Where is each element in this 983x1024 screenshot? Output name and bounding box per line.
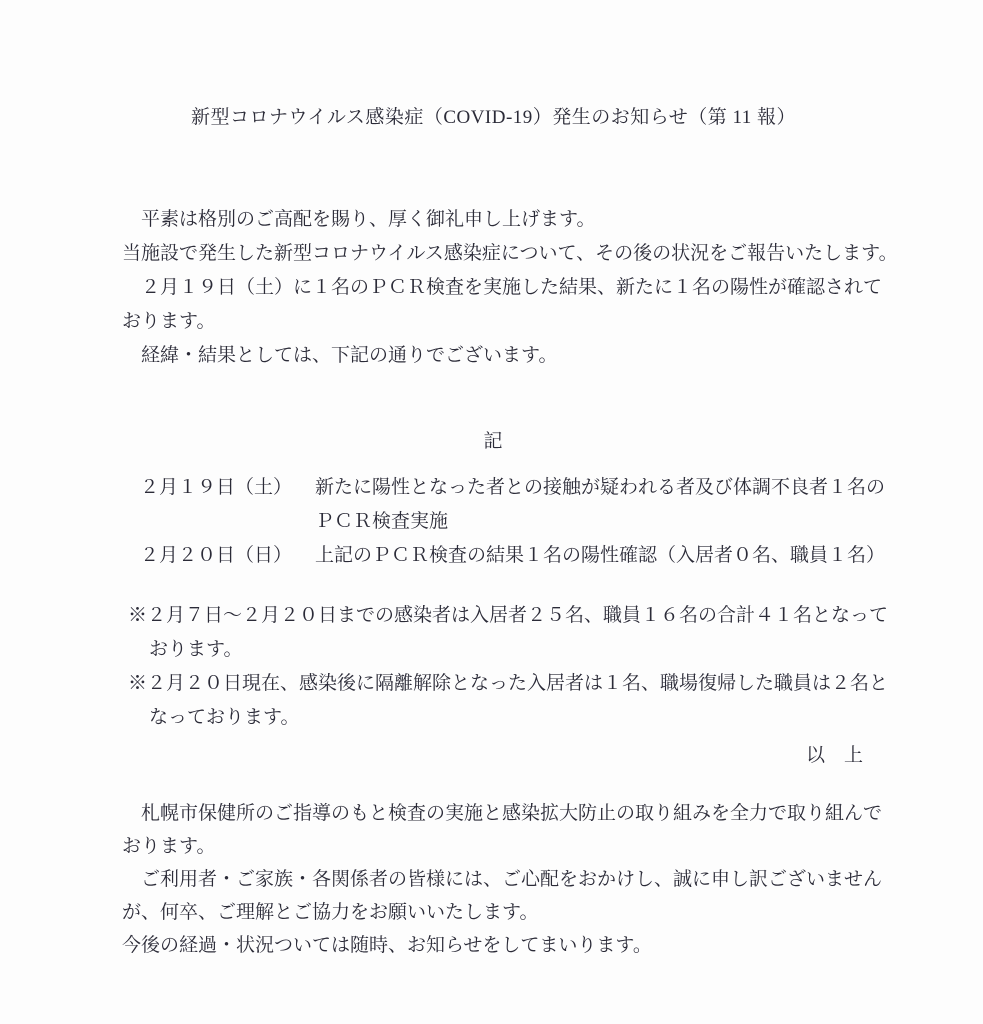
closing-text: 以 上 xyxy=(122,739,865,773)
timeline-row: ２月２０日（日） 上記のＰＣＲ検査の結果１名の陽性確認（入居者０名、職員１名） xyxy=(122,539,865,573)
intro-line: おります。 xyxy=(122,305,865,339)
notes-section: ※２月７日～２月２０日までの感染者は入居者２５名、職員１６名の合計４１名となって… xyxy=(122,599,865,735)
timeline-row: ２月１９日（土） 新たに陽性となった者との接触が疑われる者及び体調不良者１名の … xyxy=(122,471,865,539)
footer-line: おります。 xyxy=(122,830,865,863)
footer-line: 札幌市保健所のご指導のもと検査の実施と感染拡大防止の取り組みを全力で取り組んで xyxy=(122,797,865,830)
note-line-continuation: おります。 xyxy=(122,633,865,667)
timeline-date: ２月１９日（土） xyxy=(122,471,315,505)
timeline-description: 新たに陽性となった者との接触が疑われる者及び体調不良者１名の ＰＣＲ検査実施 xyxy=(315,471,885,539)
document-title: 新型コロナウイルス感染症（COVID-19）発生のお知らせ（第 11 報） xyxy=(122,105,865,131)
timeline-date: ２月２０日（日） xyxy=(122,539,315,573)
note-line-continuation: なっております。 xyxy=(122,701,865,735)
footer-line: ご利用者・ご家族・各関係者の皆様には、ご心配をおかけし、誠に申し訳ございません xyxy=(122,863,865,896)
timeline-description-line: ＰＣＲ検査実施 xyxy=(315,505,885,539)
intro-line: ２月１９日（土）に１名のＰＣＲ検査を実施した結果、新たに１名の陽性が確認されて xyxy=(122,271,865,305)
footer-paragraphs: 札幌市保健所のご指導のもと検査の実施と感染拡大防止の取り組みを全力で取り組んで … xyxy=(122,797,865,962)
timeline-description-line: 上記のＰＣＲ検査の結果１名の陽性確認（入居者０名、職員１名） xyxy=(315,539,885,573)
footer-line: が、何卒、ご理解とご協力をお願いいたします。 xyxy=(122,896,865,929)
record-heading: 記 xyxy=(122,425,865,459)
timeline-description: 上記のＰＣＲ検査の結果１名の陽性確認（入居者０名、職員１名） xyxy=(315,539,885,573)
document-page: 新型コロナウイルス感染症（COVID-19）発生のお知らせ（第 11 報） 平素… xyxy=(0,0,983,1024)
note-line: ※２月７日～２月２０日までの感染者は入居者２５名、職員１６名の合計４１名となって xyxy=(122,599,865,633)
footer-line: 今後の経過・状況ついては随時、お知らせをしてまいります。 xyxy=(122,929,865,962)
note-line: ※２月２０日現在、感染後に隔離解除となった入居者は１名、職場復帰した職員は２名と xyxy=(122,667,865,701)
intro-line: 当施設で発生した新型コロナウイルス感染症について、その後の状況をご報告いたします… xyxy=(122,237,865,271)
intro-line: 平素は格別のご高配を賜り、厚く御礼申し上げます。 xyxy=(122,203,865,237)
timeline: ２月１９日（土） 新たに陽性となった者との接触が疑われる者及び体調不良者１名の … xyxy=(122,471,865,573)
intro-paragraphs: 平素は格別のご高配を賜り、厚く御礼申し上げます。 当施設で発生した新型コロナウイ… xyxy=(122,203,865,373)
timeline-description-line: 新たに陽性となった者との接触が疑われる者及び体調不良者１名の xyxy=(315,471,885,505)
intro-line: 経緯・結果としては、下記の通りでございます。 xyxy=(122,339,865,373)
